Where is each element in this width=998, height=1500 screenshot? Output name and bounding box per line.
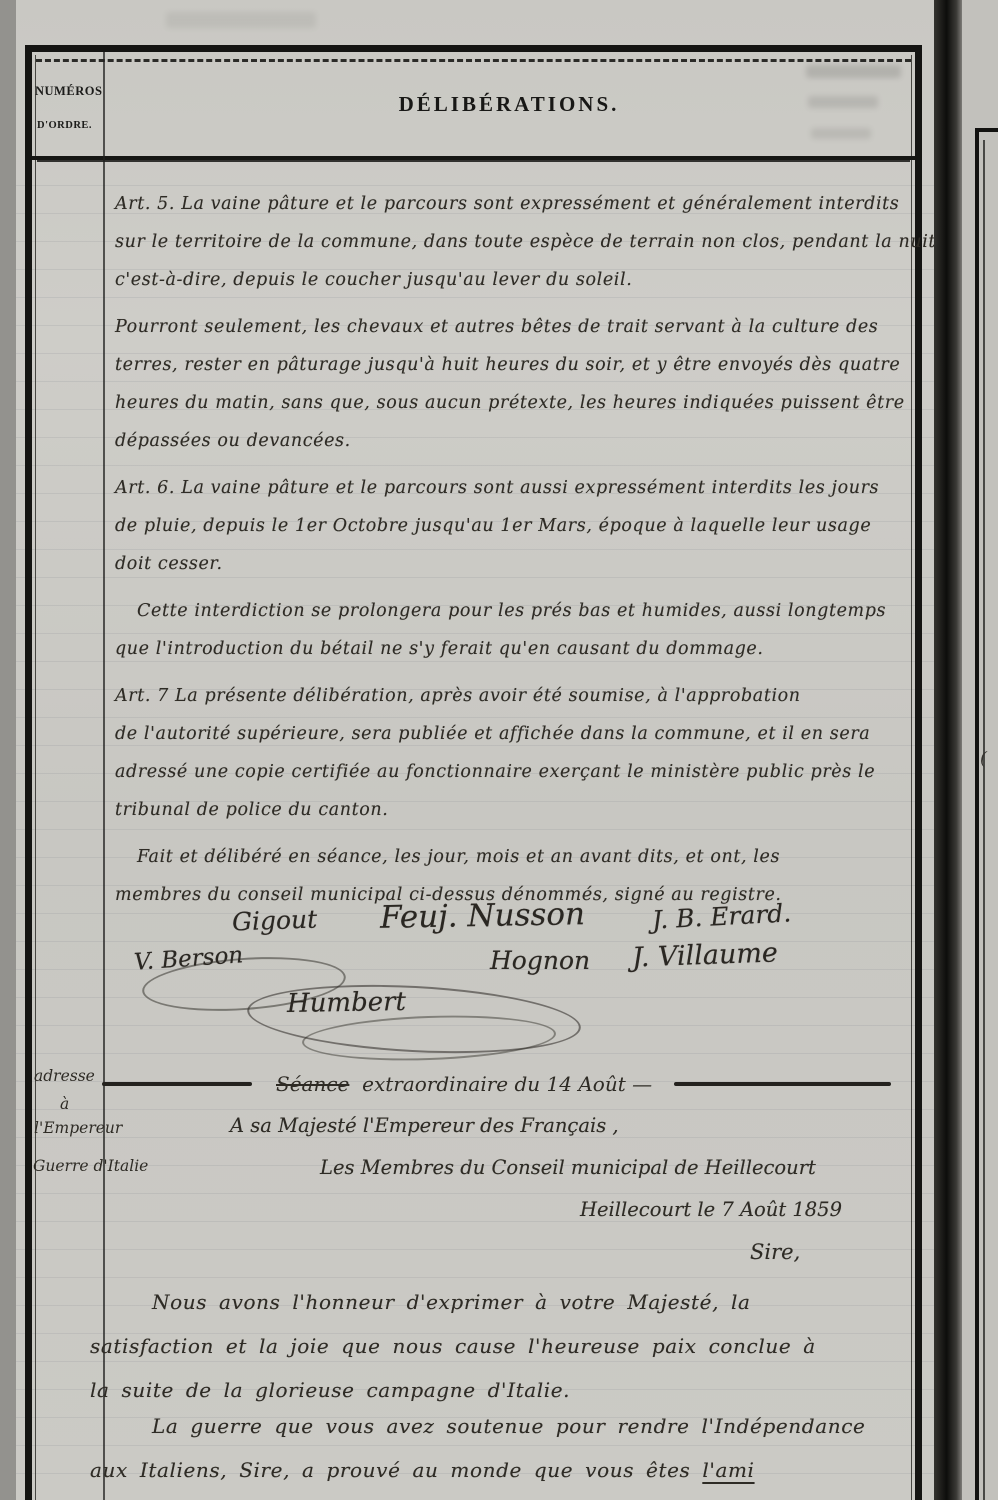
heading-rest: extraordinaire du 14 Août — (362, 1072, 652, 1096)
text-line: terres, rester en pâturage jusqu'à huit … (115, 346, 897, 384)
book-gutter-shadow (934, 0, 962, 1500)
margin-note-line: Guerre d'Italie (33, 1156, 148, 1176)
text-segment: aux Italiens, Sire, a prouvé au monde qu… (90, 1458, 702, 1482)
register-page-frame: NUMÉROS D'ORDRE. DÉLIBÉRATIONS. Art. 5. … (25, 45, 922, 1500)
text-line: Pourront seulement, les chevaux et autre… (115, 308, 897, 346)
text-line: tribunal de police du canton. (115, 791, 897, 829)
text-line: Fait et délibéré en séance, les jour, mo… (115, 838, 897, 876)
dordre-label: D'ORDRE. (37, 120, 92, 131)
text-line: doit cesser. (115, 545, 897, 583)
signature-hognon: Hognon (490, 946, 590, 975)
wet-meadows-paragraph: Cette interdiction se prolongera pour le… (115, 592, 897, 668)
struck-word: Séance (276, 1072, 349, 1096)
text-line: c'est-à-dire, depuis le coucher jusqu'au… (115, 261, 897, 299)
dateline: Heillecourt le 7 Août 1859 (580, 1198, 842, 1221)
header-dashed-rule (36, 59, 911, 62)
signature-erard: J. B. Erard. (651, 898, 792, 934)
peace-paragraph: Nous avons l'honneur d'exprimer à votre … (90, 1280, 901, 1412)
text-line: La guerre que vous avez soutenue pour re… (90, 1404, 901, 1448)
signature-villaume: J. Villaume (632, 937, 779, 973)
session-heading-row: Séance extraordinaire du 14 Août — (102, 1072, 891, 1096)
scanned-register-photo: { "page": { "header": { "numbers_col_lin… (0, 0, 998, 1500)
text-line: adressé une copie certifiée au fonctionn… (115, 753, 897, 791)
text-line: sur le territoire de la commune, dans to… (115, 223, 897, 261)
text-line: satisfaction et la joie que nous cause l… (90, 1324, 901, 1368)
text-line: de l'autorité supérieure, sera publiée e… (115, 715, 897, 753)
text-line: Nous avons l'honneur d'exprimer à votre … (90, 1280, 901, 1324)
underlined-word: l'ami (702, 1458, 754, 1482)
signature-humbert: Humbert (287, 987, 406, 1019)
text-line: Art. 5. La vaine pâture et le parcours s… (115, 185, 897, 223)
margin-note-line: adresse (34, 1066, 95, 1086)
text-line: Art. 6. La vaine pâture et le parcours s… (115, 469, 897, 507)
heading-rule-right (674, 1082, 891, 1086)
article-6-paragraph: Art. 6. La vaine pâture et le parcours s… (115, 469, 897, 583)
vocative-sire: Sire, (750, 1240, 800, 1264)
signature-gigout: Gigout (232, 905, 318, 937)
text-line: Cette interdiction se prolongera pour le… (115, 592, 897, 630)
printed-header-band: NUMÉROS D'ORDRE. DÉLIBÉRATIONS. (32, 52, 915, 160)
text-line: dépassées ou devancées. (115, 422, 897, 460)
facing-page-edge: ( (962, 0, 998, 1500)
senders-line: Les Membres du Conseil municipal de Heil… (320, 1156, 816, 1179)
grazing-hours-paragraph: Pourront seulement, les chevaux et autre… (115, 308, 897, 460)
heading-rule-left (102, 1082, 252, 1086)
deliberation-text-block: Art. 5. La vaine pâture et le parcours s… (115, 185, 897, 923)
text-line: aux Italiens, Sire, a prouvé au monde qu… (90, 1448, 901, 1492)
text-line: que l'introduction du bétail ne s'y fera… (115, 630, 897, 668)
facing-page-ink-fragment: ( (978, 747, 989, 769)
text-line: heures du matin, sans que, sous aucun pr… (115, 384, 897, 422)
article-7-paragraph: Art. 7 La présente délibération, après a… (115, 677, 897, 829)
salutation-line: A sa Majesté l'Empereur des Français , (230, 1114, 619, 1137)
order-number-column-header: NUMÉROS D'ORDRE. (32, 52, 103, 156)
margin-note-line: l'Empereur (34, 1118, 122, 1138)
article-5-paragraph: Art. 5. La vaine pâture et le parcours s… (115, 185, 897, 299)
councillor-signatures-block: Gigout Feuj. Nusson J. B. Erard. V. Bers… (32, 898, 915, 1063)
facing-frame-border (975, 128, 979, 1500)
signature-nusson: Feuj. Nusson (380, 896, 586, 936)
text-line: Art. 7 La présente délibération, après a… (115, 677, 897, 715)
text-line: de pluie, depuis le 1er Octobre jusqu'au… (115, 507, 897, 545)
war-paragraph: La guerre que vous avez soutenue pour re… (90, 1404, 901, 1492)
deliberations-title: DÉLIBÉRATIONS. (103, 92, 915, 117)
session-heading-text: Séance extraordinaire du 14 Août — (276, 1072, 652, 1096)
facing-frame-inner-rule (983, 140, 985, 1500)
ink-bleedthrough-smudge (166, 12, 316, 28)
margin-note-line: à (60, 1094, 69, 1114)
numeros-label: NUMÉROS (35, 84, 103, 99)
